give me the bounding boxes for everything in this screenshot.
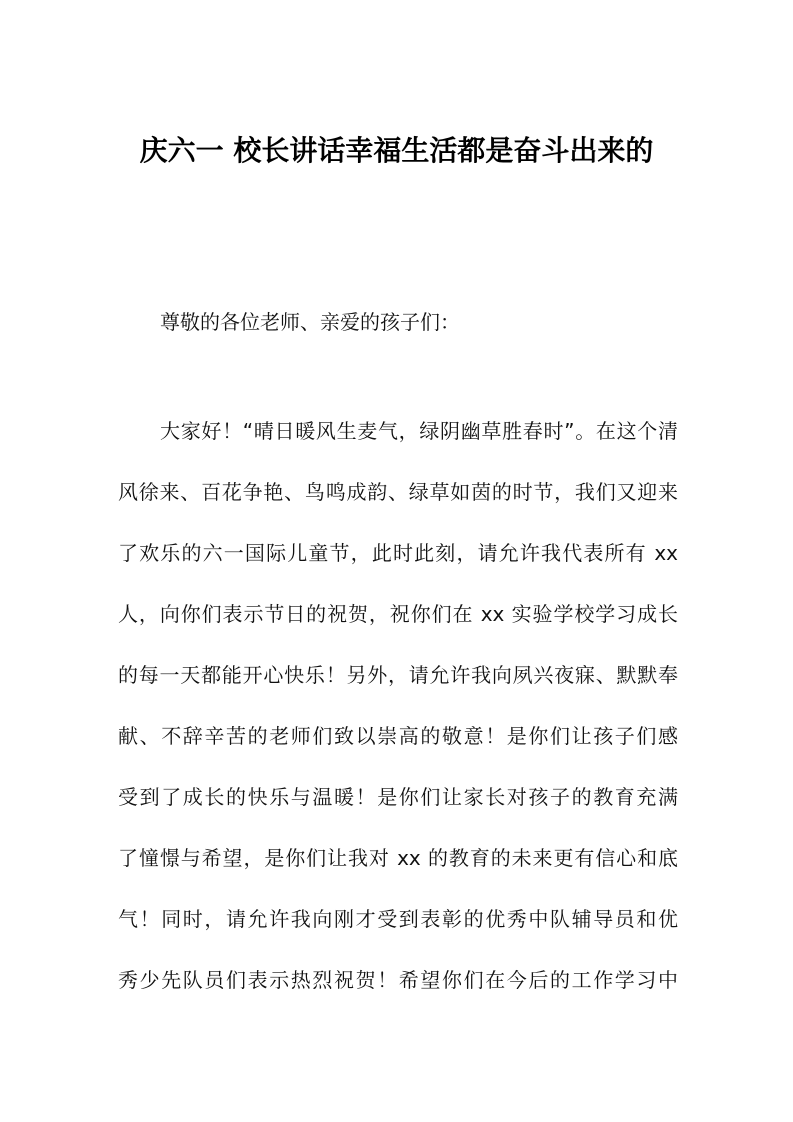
paragraph-line: 受到了成长的快乐与温暖！是你们让家长对孩子的教育充满 <box>118 783 678 844</box>
paragraph-line: 风徐来、百花争艳、鸟鸣成韵、绿草如茵的时节，我们又迎来 <box>118 478 678 539</box>
document-title: 庆六一 校长讲话幸福生活都是奋斗出来的 <box>0 131 793 171</box>
paragraph-line: 秀少先队员们表示热烈祝贺！希望你们在今后的工作学习中 <box>118 966 678 1027</box>
paragraph-line: 的每一天都能开心快乐！另外，请允许我向夙兴夜寐、默默奉 <box>118 661 678 722</box>
paragraph-body: 大家好！“晴日暖风生麦气，绿阴幽草胜春时”。在这个清 风徐来、百花争艳、鸟鸣成韵… <box>118 417 678 1027</box>
document-page: 庆六一 校长讲话幸福生活都是奋斗出来的 尊敬的各位老师、亲爱的孩子们： 大家好！… <box>0 0 793 1122</box>
paragraph-line: 人，向你们表示节日的祝贺，祝你们在 xx 实验学校学习成长 <box>118 600 678 661</box>
paragraph-line: 了欢乐的六一国际儿童节，此时此刻，请允许我代表所有 xx <box>118 539 678 600</box>
salutation: 尊敬的各位老师、亲爱的孩子们： <box>160 308 460 336</box>
paragraph-line: 献、不辞辛苦的老师们致以崇高的敬意！是你们让孩子们感 <box>118 722 678 783</box>
paragraph-line: 了憧憬与希望，是你们让我对 xx 的教育的未来更有信心和底 <box>118 844 678 905</box>
paragraph-line: 气！同时，请允许我向刚才受到表彰的优秀中队辅导员和优 <box>118 905 678 966</box>
paragraph-line: 大家好！“晴日暖风生麦气，绿阴幽草胜春时”。在这个清 <box>118 417 678 478</box>
